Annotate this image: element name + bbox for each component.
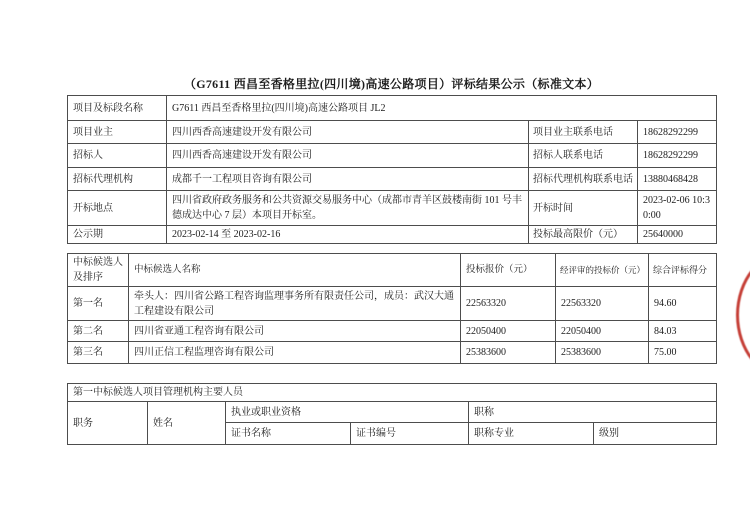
info-label-tenderer-phone: 招标人联系电话: [529, 144, 638, 168]
candidate-name: 牵头人：四川省公路工程咨询监理事务所有限责任公司，成员：武汉大通工程建设有限公司: [129, 287, 461, 321]
info-label-owner: 项目业主: [68, 121, 167, 144]
info-label-owner-phone: 项目业主联系电话: [529, 121, 638, 144]
personnel-title-row: 第一中标候选人项目管理机构主要人员: [68, 384, 717, 402]
info-value-owner: 四川西香高速建设开发有限公司: [167, 121, 529, 144]
announcement-document: （G7611 西昌至香格里拉(四川境)高速公路项目）评标结果公示（标准文本） 项…: [67, 0, 716, 530]
candidate-score: 94.60: [649, 287, 717, 321]
info-label-project-name: 项目及标段名称: [68, 96, 167, 121]
personnel-table-title: 第一中标候选人项目管理机构主要人员: [68, 384, 717, 402]
candidate-bid: 22050400: [461, 321, 556, 342]
info-value-max-price: 25640000: [638, 226, 717, 244]
candidate-rank: 第一名: [68, 287, 129, 321]
header-evaluated-price: 经评审的投标价（元）: [556, 254, 649, 287]
candidate-bid: 25383600: [461, 342, 556, 364]
header-cert-no: 证书编号: [351, 423, 469, 445]
info-label-opening-time: 开标时间: [529, 191, 638, 226]
info-label-publicity-period: 公示期: [68, 226, 167, 244]
header-title-level: 级别: [594, 423, 717, 445]
info-value-opening-place: 四川省政府政务服务和公共资源交易服务中心（成都市青羊区鼓楼南街 101 号丰德成…: [167, 191, 529, 226]
header-position: 职务: [68, 402, 148, 445]
header-title-major: 职称专业: [469, 423, 594, 445]
project-info-table: 项目及标段名称 G7611 西昌至香格里拉(四川境)高速公路项目 JL2 项目业…: [67, 95, 717, 244]
candidates-header-row: 中标候选人及排序 中标候选人名称 投标报价（元） 经评审的投标价（元） 综合评标…: [68, 254, 717, 287]
table-row: 招标代理机构 成都千一工程项目咨询有限公司 招标代理机构联系电话 1388046…: [68, 168, 717, 191]
table-row: 公示期 2023-02-14 至 2023-02-16 投标最高限价（元） 25…: [68, 226, 717, 244]
candidate-rank: 第三名: [68, 342, 129, 364]
candidate-bid: 22563320: [461, 287, 556, 321]
table-row: 项目及标段名称 G7611 西昌至香格里拉(四川境)高速公路项目 JL2: [68, 96, 717, 121]
red-seal-stamp: [736, 250, 750, 380]
personnel-table: 第一中标候选人项目管理机构主要人员 职务 姓名 执业或职业资格 职称 证书名称 …: [67, 383, 717, 445]
candidate-evaluated: 22050400: [556, 321, 649, 342]
table-row: 开标地点 四川省政府政务服务和公共资源交易服务中心（成都市青羊区鼓楼南街 101…: [68, 191, 717, 226]
info-value-tenderer-phone: 18628292299: [638, 144, 717, 168]
header-professional-title: 职称: [469, 402, 717, 423]
table-row: 招标人 四川西香高速建设开发有限公司 招标人联系电话 18628292299: [68, 144, 717, 168]
header-cert-name: 证书名称: [226, 423, 351, 445]
candidate-row-first: 第一名 牵头人：四川省公路工程咨询监理事务所有限责任公司，成员：武汉大通工程建设…: [68, 287, 717, 321]
info-label-agency-phone: 招标代理机构联系电话: [529, 168, 638, 191]
header-candidate-name: 中标候选人名称: [129, 254, 461, 287]
candidates-table: 中标候选人及排序 中标候选人名称 投标报价（元） 经评审的投标价（元） 综合评标…: [67, 253, 717, 364]
personnel-header-row-upper: 职务 姓名 执业或职业资格 职称: [68, 402, 717, 423]
candidate-score: 84.03: [649, 321, 717, 342]
info-value-project-name: G7611 西昌至香格里拉(四川境)高速公路项目 JL2: [167, 96, 717, 121]
header-candidate-rank: 中标候选人及排序: [68, 254, 129, 287]
info-value-owner-phone: 18628292299: [638, 121, 717, 144]
candidate-row-third: 第三名 四川正信工程监理咨询有限公司 25383600 25383600 75.…: [68, 342, 717, 364]
info-label-tenderer: 招标人: [68, 144, 167, 168]
info-value-agency: 成都千一工程项目咨询有限公司: [167, 168, 529, 191]
info-value-agency-phone: 13880468428: [638, 168, 717, 191]
info-label-agency: 招标代理机构: [68, 168, 167, 191]
candidate-rank: 第二名: [68, 321, 129, 342]
info-label-opening-place: 开标地点: [68, 191, 167, 226]
info-value-opening-time: 2023-02-06 10:30:00: [638, 191, 717, 226]
candidate-evaluated: 22563320: [556, 287, 649, 321]
header-bid-price: 投标报价（元）: [461, 254, 556, 287]
header-qualification: 执业或职业资格: [226, 402, 469, 423]
header-person-name: 姓名: [148, 402, 226, 445]
candidate-row-second: 第二名 四川省亚通工程咨询有限公司 22050400 22050400 84.0…: [68, 321, 717, 342]
page-title: （G7611 西昌至香格里拉(四川境)高速公路项目）评标结果公示（标准文本）: [67, 75, 716, 92]
info-label-max-price: 投标最高限价（元）: [529, 226, 638, 244]
candidate-evaluated: 25383600: [556, 342, 649, 364]
header-overall-score: 综合评标得分: [649, 254, 717, 287]
candidate-name: 四川正信工程监理咨询有限公司: [129, 342, 461, 364]
info-value-tenderer: 四川西香高速建设开发有限公司: [167, 144, 529, 168]
info-value-publicity-period: 2023-02-14 至 2023-02-16: [167, 226, 529, 244]
candidate-score: 75.00: [649, 342, 717, 364]
candidate-name: 四川省亚通工程咨询有限公司: [129, 321, 461, 342]
table-row: 项目业主 四川西香高速建设开发有限公司 项目业主联系电话 18628292299: [68, 121, 717, 144]
